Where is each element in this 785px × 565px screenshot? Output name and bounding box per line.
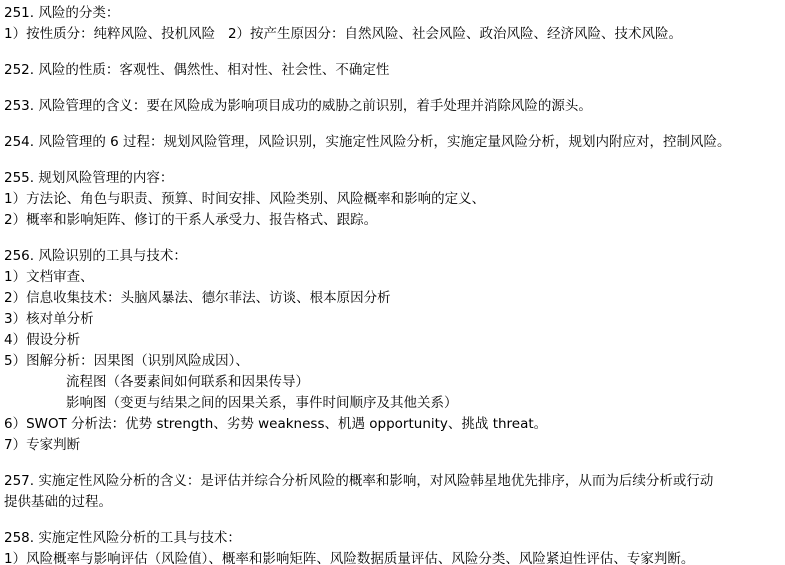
section-251: 251. 风险的分类：1）按性质分：纯粹风险、投机风险 2）按产生原因分：自然风… xyxy=(4,3,785,45)
section-258: 258. 实施定性风险分析的工具与技术：1）风险概率与影响评估（风险值）、概率和… xyxy=(4,528,785,565)
doc-line: 影响图（变更与结果之间的因果关系，事件时间顺序及其他关系） xyxy=(4,393,785,414)
doc-line: 流程图（各要素间如何联系和因果传导） xyxy=(4,372,785,393)
doc-line: 2）概率和影响矩阵、修订的干系人承受力、报告格式、跟踪。 xyxy=(4,210,785,231)
doc-line: 6）SWOT 分析法：优势 strength、劣势 weakness、机遇 op… xyxy=(4,414,785,435)
doc-line: 3）核对单分析 xyxy=(4,309,785,330)
doc-line: 5）图解分析：因果图（识别风险成因）、 xyxy=(4,351,785,372)
doc-line: 1）文档审查、 xyxy=(4,267,785,288)
doc-line: 257. 实施定性风险分析的含义：是评估并综合分析风险的概率和影响，对风险韩星地… xyxy=(4,471,785,492)
doc-line: 256. 风险识别的工具与技术： xyxy=(4,246,785,267)
doc-line: 252. 风险的性质：客观性、偶然性、相对性、社会性、不确定性 xyxy=(4,60,785,81)
doc-line: 提供基础的过程。 xyxy=(4,492,785,513)
doc-line: 4）假设分析 xyxy=(4,330,785,351)
doc-line: 2）信息收集技术：头脑风暴法、德尔菲法、访谈、根本原因分析 xyxy=(4,288,785,309)
section-255: 255. 规划风险管理的内容：1）方法论、角色与职责、预算、时间安排、风险类别、… xyxy=(4,168,785,231)
section-253: 253. 风险管理的含义：要在风险成为影响项目成功的威胁之前识别，着手处理并消除… xyxy=(4,96,785,117)
doc-line: 255. 规划风险管理的内容： xyxy=(4,168,785,189)
doc-line: 7）专家判断 xyxy=(4,435,785,456)
doc-line: 258. 实施定性风险分析的工具与技术： xyxy=(4,528,785,549)
document-page: 251. 风险的分类：1）按性质分：纯粹风险、投机风险 2）按产生原因分：自然风… xyxy=(0,0,785,565)
doc-line: 1）方法论、角色与职责、预算、时间安排、风险类别、风险概率和影响的定义、 xyxy=(4,189,785,210)
doc-line: 254. 风险管理的 6 过程：规划风险管理，风险识别，实施定性风险分析，实施定… xyxy=(4,132,785,153)
doc-line: 1）按性质分：纯粹风险、投机风险 2）按产生原因分：自然风险、社会风险、政治风险… xyxy=(4,24,785,45)
doc-line: 1）风险概率与影响评估（风险值）、概率和影响矩阵、风险数据质量评估、风险分类、风… xyxy=(4,549,785,565)
section-252: 252. 风险的性质：客观性、偶然性、相对性、社会性、不确定性 xyxy=(4,60,785,81)
section-256: 256. 风险识别的工具与技术：1）文档审查、2）信息收集技术：头脑风暴法、德尔… xyxy=(4,246,785,456)
section-257: 257. 实施定性风险分析的含义：是评估并综合分析风险的概率和影响，对风险韩星地… xyxy=(4,471,785,513)
doc-line: 253. 风险管理的含义：要在风险成为影响项目成功的威胁之前识别，着手处理并消除… xyxy=(4,96,785,117)
doc-line: 251. 风险的分类： xyxy=(4,3,785,24)
section-254: 254. 风险管理的 6 过程：规划风险管理，风险识别，实施定性风险分析，实施定… xyxy=(4,132,785,153)
